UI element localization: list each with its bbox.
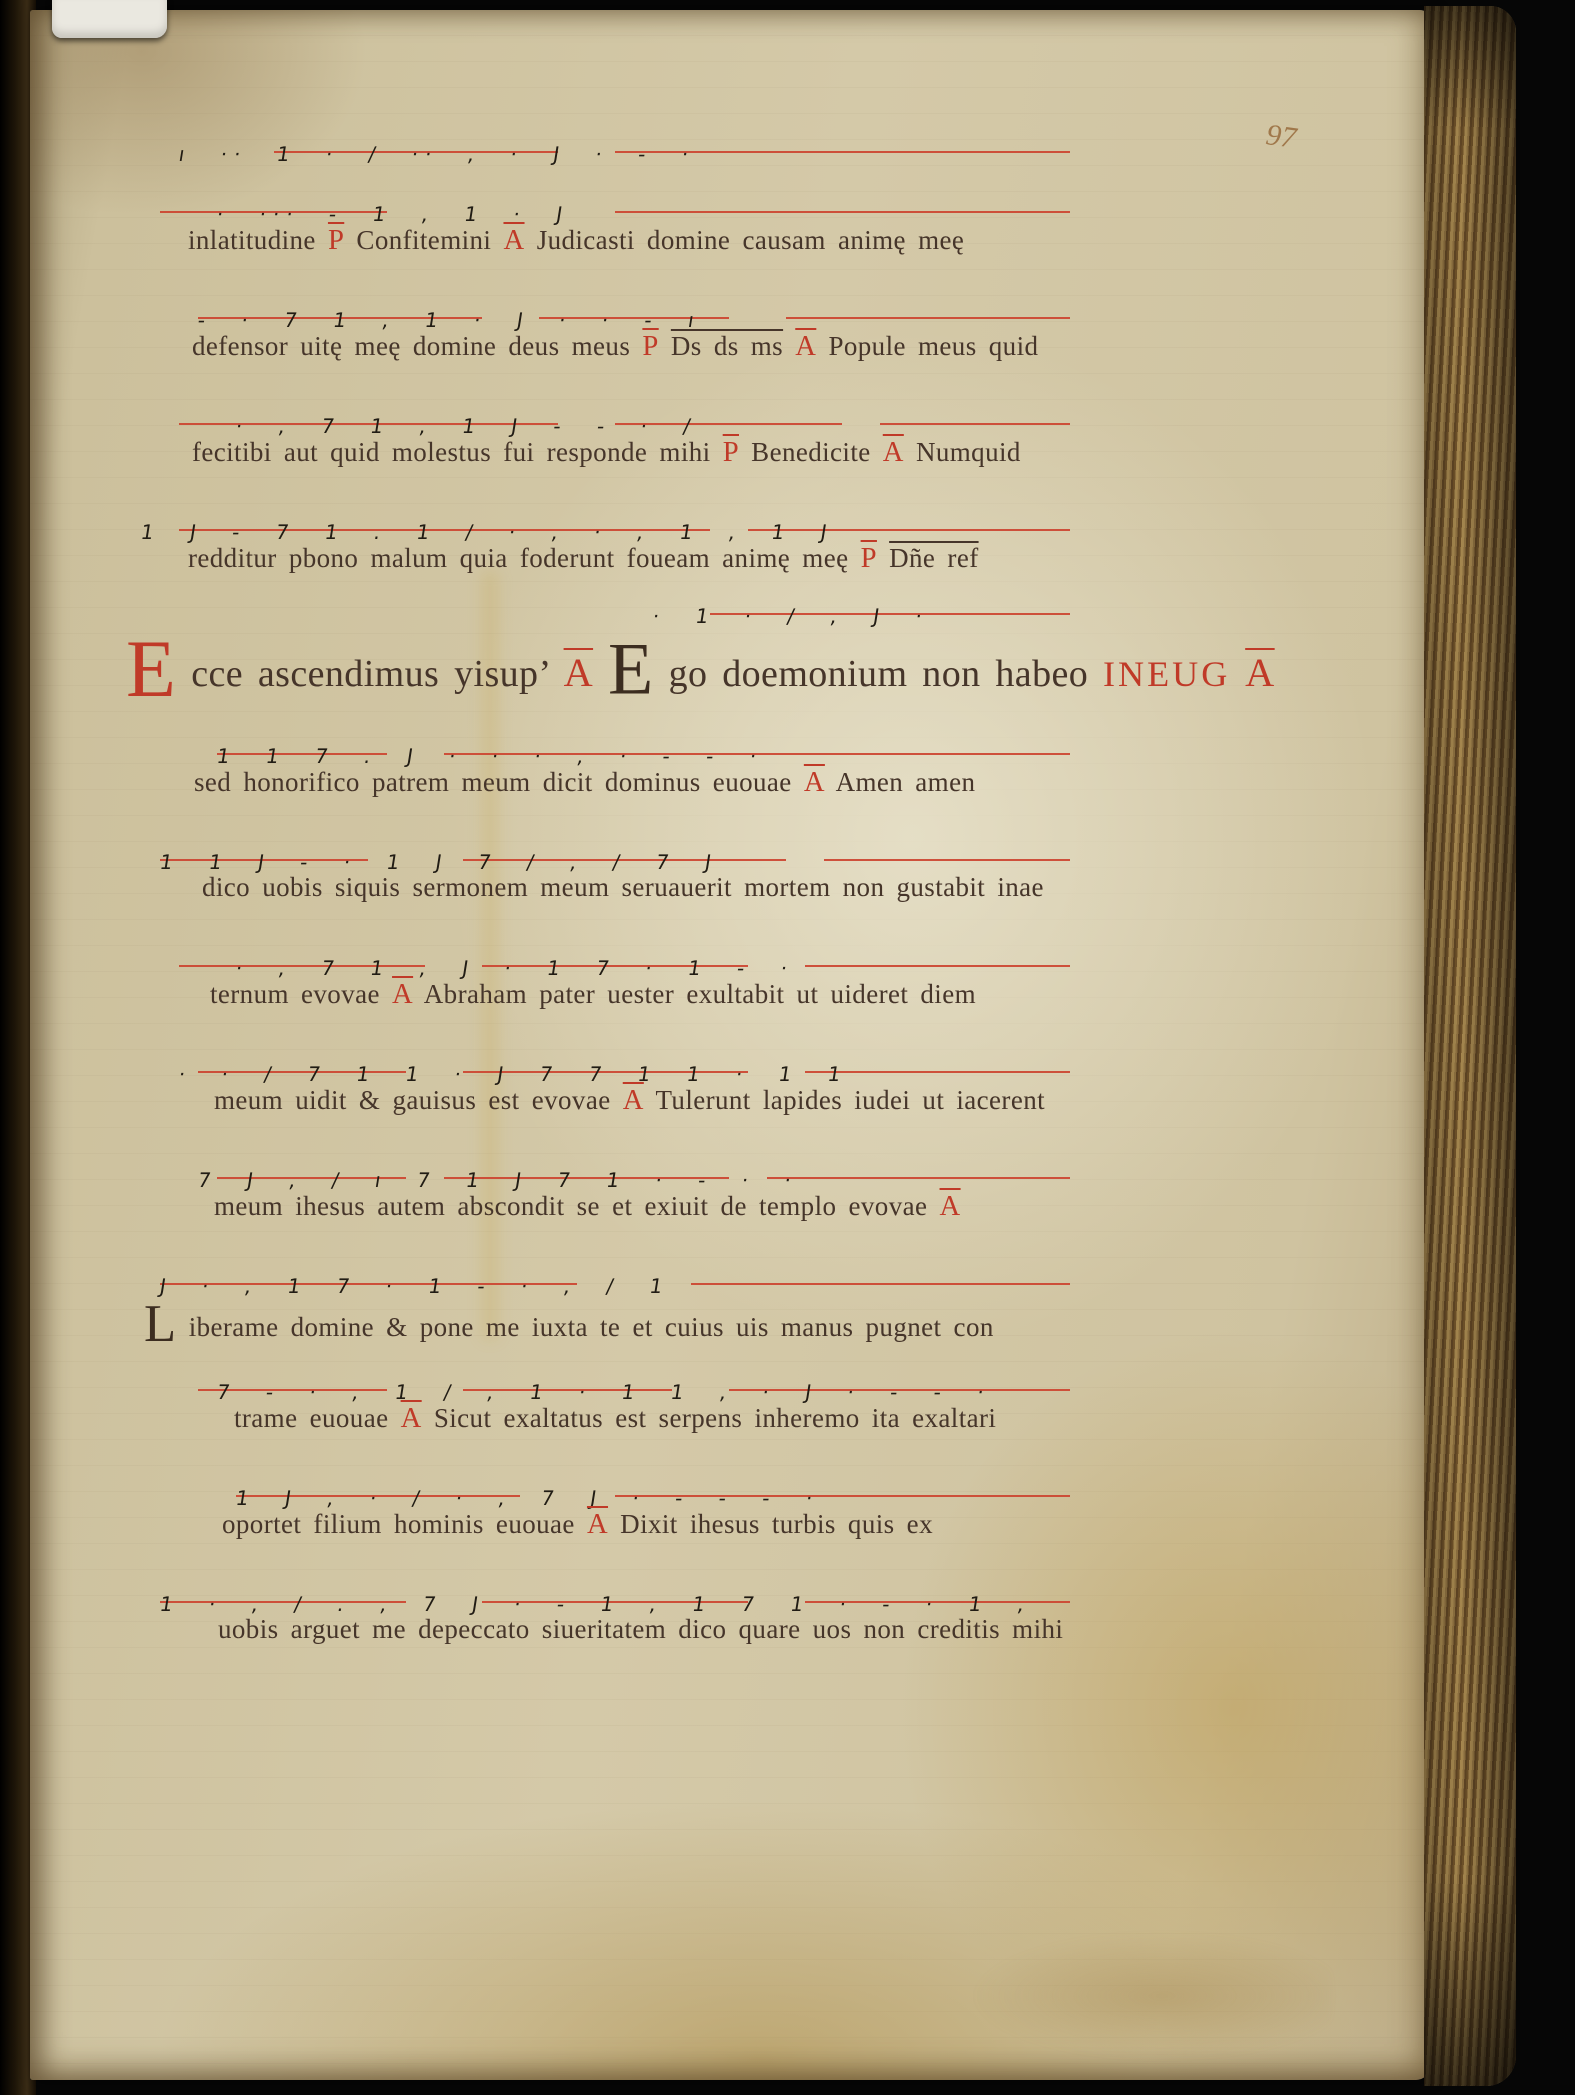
rubric-letter: A	[503, 224, 524, 256]
chant-text-line: inlatitudine P Confitemini A Judicasti d…	[122, 226, 1070, 255]
rubric-letter: A	[1245, 650, 1274, 695]
neume-glyphs: · ··· - 1 , 1 · J	[215, 202, 571, 226]
neume-row: · 1 · / , J ·	[122, 594, 1070, 628]
chant-text: Amen amen	[836, 767, 976, 797]
rubric-letter: INEUG	[1103, 654, 1230, 694]
chant-text-line: meum ihesus autem abscondit se et exiuit…	[122, 1192, 1070, 1221]
chant-text-line: oportet filium hominis euouae A Dixit ih…	[122, 1510, 1070, 1539]
chant-text: fecitibi aut quid molestus fui responde …	[192, 437, 711, 467]
neume-row: - · 7 1 , 1 · J · · - ı	[122, 276, 1070, 332]
neume-row: 1 J - 7 1 . 1 / · , · , 1 , 1 J	[122, 488, 1070, 544]
chant-line: J · , 1 7 · 1 - · , / 1L iberame domine …	[122, 1242, 1070, 1348]
chant-text: E	[608, 629, 654, 711]
red-staff-line	[824, 859, 1070, 861]
chant-line: · , 7 1 , J · 1 7 · 1 - ·ternum evovae A…	[122, 924, 1070, 1030]
chant-text: Tulerunt lapides iudei ut iacerent	[655, 1085, 1045, 1115]
rubric-letter: P	[861, 542, 877, 574]
rubric-letter: P	[328, 224, 344, 256]
neume-row: ı ·· 1 · / ·· , · J · - ·	[122, 96, 1070, 166]
rubric-letter: E	[126, 623, 176, 714]
chant-text-line: L iberame domine & pone me iuxta te et c…	[122, 1298, 1070, 1351]
text-block: ı ·· 1 · / ·· , · J · - ·· ··· - 1 , 1 ·…	[122, 96, 1070, 1666]
neume-glyphs: J · , 1 7 · 1 - · , / 1	[158, 1274, 671, 1298]
chant-line: 1 · , / . , 7 J · - 1 , 1 7 1 · - · 1 ,u…	[122, 1560, 1070, 1666]
red-staff-line	[691, 1283, 1070, 1285]
rubric-letter: A	[564, 650, 593, 695]
neume-glyphs: 7 - · , 1 / , 1 · 1 1 , · J · - - ·	[215, 1380, 993, 1404]
chant-text: oportet filium hominis euouae	[222, 1509, 575, 1539]
chant-text: go doemonium non habeo	[669, 653, 1089, 695]
chant-line: 1 1 7 . J · · · , · - - ·sed honorifico …	[122, 712, 1070, 818]
chant-text: cce ascendimus yisup’	[191, 653, 548, 695]
rubric-letter: A	[883, 436, 904, 468]
chant-text: Abraham pater uester exultabit ut uidere…	[424, 979, 976, 1009]
chant-text: redditur pbono malum quia foderunt fouea…	[188, 543, 848, 573]
rubric-letter: A	[623, 1084, 644, 1116]
opening-neume-line: ı ·· 1 · / ·· , · J · - ·	[122, 96, 1070, 170]
chant-text-line: ternum evovae A Abraham pater uester exu…	[122, 980, 1070, 1009]
chant-text: sed honorifico patrem meum dicit dominus…	[194, 767, 792, 797]
neume-row: 1 · , / . , 7 J · - 1 , 1 7 1 · - · 1 ,	[122, 1560, 1070, 1616]
chant-text: Sicut exaltatus est serpens inheremo ita…	[434, 1403, 996, 1433]
headband-cloth	[52, 0, 167, 38]
rubric-letter: A	[401, 1402, 422, 1434]
rubric-letter: A	[587, 1508, 608, 1540]
chant-line: 1 J , · / · , 7 J · - - - ·oportet filiu…	[122, 1454, 1070, 1560]
neume-row: · , 7 1 , J · 1 7 · 1 - ·	[122, 924, 1070, 980]
chant-text-line: redditur pbono malum quia foderunt fouea…	[122, 544, 1070, 573]
neume-glyphs: 1 J , · / · , 7 J · - - - ·	[234, 1486, 821, 1510]
chant-text: inlatitudine	[188, 225, 316, 255]
chant-text-line: uobis arguet me depeccato siueritatem di…	[122, 1616, 1070, 1643]
chant-text: Popule meus quid	[828, 331, 1038, 361]
chant-text: Dñe ref	[889, 543, 979, 573]
red-staff-line	[767, 1177, 1070, 1179]
rubric-letter: A	[940, 1190, 961, 1222]
chant-text: Judicasti domine causam animę meę	[537, 225, 965, 255]
manuscript-photo: 97 ı ·· 1 · / ·· , · J · - ·· ··· - 1 , …	[0, 0, 1575, 2095]
neume-glyphs: · · / 7 1 1 · J 7 7 1 1 · 1 1	[177, 1062, 849, 1086]
red-staff-line	[786, 317, 1070, 319]
chant-line: 1 1 J - · 1 J 7 / , / 7 Jdico uobis siqu…	[122, 818, 1070, 924]
chant-text: iberame domine & pone me iuxta te et cui…	[189, 1312, 994, 1342]
chant-text: Ds ds ms	[671, 331, 783, 361]
parchment-wrinkle	[910, 1870, 1330, 2080]
chant-text-line: sed honorifico patrem meum dicit dominus…	[122, 768, 1070, 797]
rubric-letter: A	[795, 330, 816, 362]
chant-text: ternum evovae	[210, 979, 380, 1009]
neume-row: · , 7 1 , 1 J - - · /	[122, 382, 1070, 438]
neume-glyphs: · 1 · / , J ·	[651, 604, 931, 628]
chant-line: · ··· - 1 , 1 · Jinlatitudine P Confitem…	[122, 170, 1070, 276]
neume-glyphs: 7 J , / ı 7 1 J 7 1 · - · ·	[196, 1168, 800, 1192]
red-staff-line	[880, 423, 1070, 425]
red-staff-line	[805, 965, 1070, 967]
page-edge-stack	[1424, 6, 1516, 2086]
chant-line: - · 7 1 , 1 · J · · - ıdefensor uitę meę…	[122, 276, 1070, 382]
neume-glyphs: · , 7 1 , 1 J - - · /	[234, 414, 699, 438]
rubric-letter: P	[642, 330, 658, 362]
red-staff-line	[615, 211, 1070, 213]
neume-row: 7 - · , 1 / , 1 · 1 1 , · J · - - ·	[122, 1348, 1070, 1404]
neume-glyphs: 1 1 J - · 1 J 7 / , / 7 J	[158, 850, 720, 874]
neume-row: · · / 7 1 1 · J 7 7 1 1 · 1 1	[122, 1030, 1070, 1086]
neume-glyphs: 1 · , / . , 7 J · - 1 , 1 7 1 · - · 1 ,	[158, 1592, 1033, 1616]
chant-text-line: dico uobis siquis sermonem meum seruauer…	[122, 874, 1070, 901]
chant-text: Dixit ihesus turbis quis ex	[620, 1509, 933, 1539]
chant-text: uobis arguet me depeccato siueritatem di…	[218, 1614, 1063, 1644]
chant-text: L	[144, 1295, 177, 1353]
rubric-letter: A	[804, 766, 825, 798]
rubric-letter: P	[723, 436, 739, 468]
chant-line: 7 - · , 1 / , 1 · 1 1 , · J · - - ·trame…	[122, 1348, 1070, 1454]
neume-row: 1 J , · / · , 7 J · - - - ·	[122, 1454, 1070, 1510]
chant-text-line: meum uidit & gauisus est evovae A Tuleru…	[122, 1086, 1070, 1115]
chant-text: Numquid	[916, 437, 1021, 467]
chant-text: trame euouae	[234, 1403, 388, 1433]
chant-line: · 1 · / , J ·E cce ascendimus yisup’ A E…	[122, 594, 1070, 712]
folio-number: 97	[1264, 118, 1298, 156]
chant-line: 7 J , / ı 7 1 J 7 1 · - · ·meum ihesus a…	[122, 1136, 1070, 1242]
neume-glyphs: - · 7 1 , 1 · J · · - ı	[196, 308, 703, 332]
chant-text: meum ihesus autem abscondit se et exiuit…	[214, 1191, 927, 1221]
chant-line: · · / 7 1 1 · J 7 7 1 1 · 1 1meum uidit …	[122, 1030, 1070, 1136]
neume-glyphs: 1 J - 7 1 . 1 / · , · , 1 , 1 J	[139, 520, 835, 544]
chant-text-line: fecitibi aut quid molestus fui responde …	[122, 438, 1070, 467]
chant-text: dico uobis siquis sermonem meum seruauer…	[202, 872, 1044, 902]
neume-glyphs: · , 7 1 , J · 1 7 · 1 - ·	[234, 956, 796, 980]
chant-text: meum uidit & gauisus est evovae	[214, 1085, 611, 1115]
chant-line: 1 J - 7 1 . 1 / · , · , 1 , 1 Jredditur …	[122, 488, 1070, 594]
chant-text: Confitemini	[356, 225, 491, 255]
chant-text-line: E cce ascendimus yisup’ A E go doemonium…	[122, 628, 1070, 710]
chant-line: · , 7 1 , 1 J - - · /fecitibi aut quid m…	[122, 382, 1070, 488]
neume-glyphs: ı ·· 1 · / ·· , · J · - ·	[177, 142, 697, 166]
neume-row: 1 1 7 . J · · · , · - - ·	[122, 712, 1070, 768]
rubric-letter: A	[392, 978, 413, 1010]
neume-row: · ··· - 1 , 1 · J	[122, 170, 1070, 226]
manuscript-page: 97 ı ·· 1 · / ·· , · J · - ·· ··· - 1 , …	[30, 10, 1430, 2080]
neume-glyphs: 1 1 7 . J · · · , · - - ·	[215, 744, 765, 768]
neume-row: J · , 1 7 · 1 - · , / 1	[122, 1242, 1070, 1298]
chant-text-line: defensor uitę meę domine deus meus P Ds …	[122, 332, 1070, 361]
chant-text: defensor uitę meę domine deus meus	[192, 331, 630, 361]
chant-text-line: trame euouae A Sicut exaltatus est serpe…	[122, 1404, 1070, 1433]
neume-row: 7 J , / ı 7 1 J 7 1 · - · ·	[122, 1136, 1070, 1192]
neume-row: 1 1 J - · 1 J 7 / , / 7 J	[122, 818, 1070, 874]
chant-text: Benedicite	[751, 437, 870, 467]
